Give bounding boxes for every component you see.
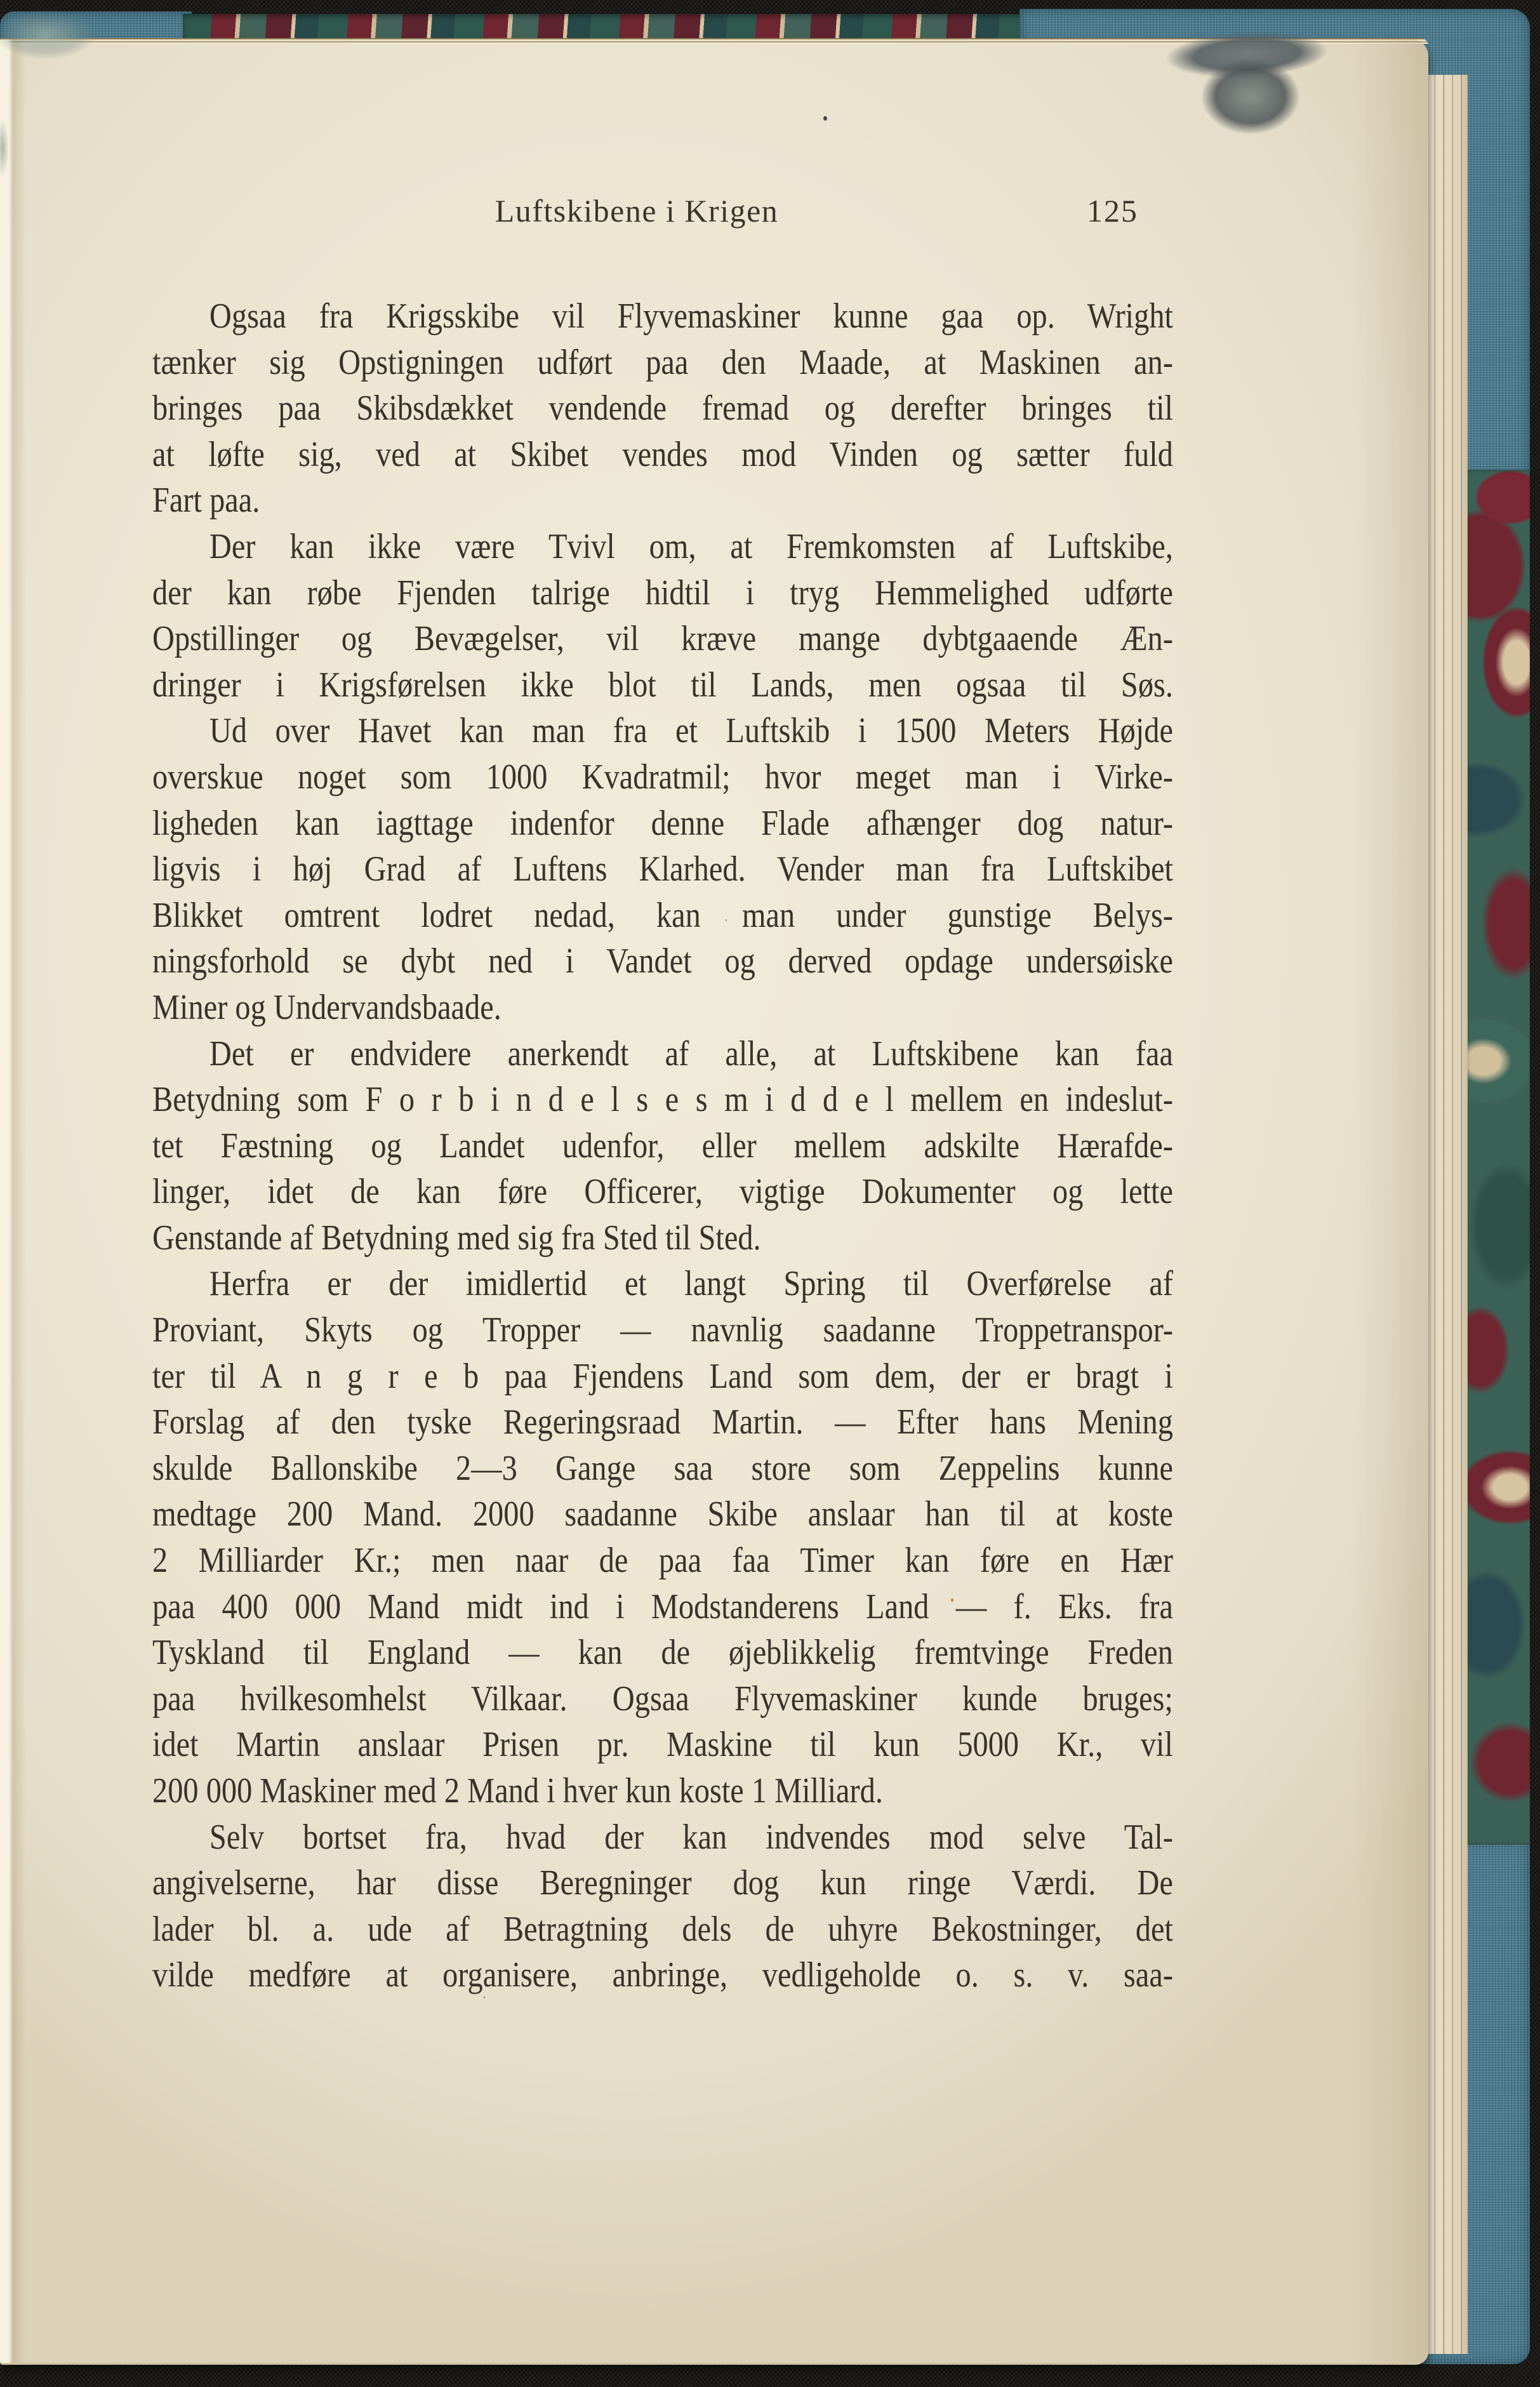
text-line: idet Martin anslaar Prisen pr. Maskine t… [152,1722,1173,1768]
text-line: Genstande af Betydning med sig fra Sted … [152,1215,1173,1261]
text-line: paa hvilkesomhelst Vilkaar. Ogsaa Flyvem… [152,1676,1173,1722]
text-line: Ud over Havet kan man fra et Luftskib i … [152,708,1173,754]
text-line: 200 000 Maskiner med 2 Mand i hver kun k… [152,1768,1173,1814]
paragraph: Selv bortset fra, hvad der kan indvendes… [152,1814,1173,1998]
text-line: Der kan ikke være Tvivl om, at Fremkomst… [152,524,1173,570]
paragraph: Ud over Havet kan man fra et Luftskib i … [152,708,1173,1030]
text-line: ligvis i høj Grad af Luftens Klarhed. Ve… [152,846,1173,893]
text-line: tet Fæstning og Landet udenfor, eller me… [152,1123,1173,1169]
page-header-title: Luftskibene i Krigen [495,194,779,227]
text-line: Tyskland til England — kan de øjeblikkel… [152,1630,1173,1676]
book-scan: Luftskibene i Krigen 125 Ogsaa fra Krigs… [0,0,1540,2387]
text-line: at løfte sig, ved at Skibet vendes mod V… [152,432,1173,478]
text-line: Miner og Undervandsbaade. [152,985,1173,1031]
text-line: ligheden kan iagttage indenfor denne Fla… [152,801,1173,847]
text-line: paa 400 000 Mand midt ind i Modstanderen… [152,1584,1173,1630]
text-line: Betydning som F o r b i n d e l s e s m … [152,1077,1173,1123]
text-line: skulde Ballonskibe 2—3 Gange saa store s… [152,1446,1173,1492]
text-line: der kan røbe Fjenden talrige hidtil i tr… [152,570,1173,616]
text-line: bringes paa Skibsdækket vendende fremad … [152,385,1173,432]
page-edges-stack [1426,75,1468,2354]
text-line: Ogsaa fra Krigsskibe vil Flyvemaskiner k… [152,293,1173,340]
text-line: angivelserne, har disse Beregninger dog … [152,1860,1173,1906]
text-line: Blikket omtrent lodret nedad, kan man un… [152,893,1173,939]
text-line: lader bl. a. ude af Betragtning dels de … [152,1906,1173,1953]
text-line: overskue noget som 1000 Kvadratmil; hvor… [152,754,1173,801]
paragraph: Ogsaa fra Krigsskibe vil Flyvemaskiner k… [152,293,1173,524]
body-text-block: Ogsaa fra Krigsskibe vil Flyvemaskiner k… [152,293,1173,1998]
text-line: linger, idet de kan føre Officerer, vigt… [152,1169,1173,1215]
text-line: medtage 200 Mand. 2000 saadanne Skibe an… [152,1491,1173,1538]
text-line: dringer i Krigsførelsen ikke blot til La… [152,662,1173,708]
text-line: Proviant, Skyts og Tropper — navnlig saa… [152,1307,1173,1353]
text-line: Herfra er der imidlertid et langt Spring… [152,1261,1173,1307]
paragraph: Herfra er der imidlertid et langt Spring… [152,1261,1173,1814]
text-line: Fart paa. [152,477,1173,524]
paragraph: Det er endvidere anerkendt af alle, at L… [152,1031,1173,1261]
text-line: Forslag af den tyske Regeringsraad Marti… [152,1399,1173,1446]
text-line: Det er endvidere anerkendt af alle, at L… [152,1031,1173,1077]
text-line: 2 Milliarder Kr.; men naar de paa faa Ti… [152,1538,1173,1584]
page-number: 125 [1087,194,1138,227]
text-line: ningsforhold se dybt ned i Vandet og der… [152,938,1173,985]
paper-speck [823,116,827,121]
text-line: Opstillinger og Bevægelser, vil kræve ma… [152,616,1173,662]
text-line: tænker sig Opstigningen udført paa den M… [152,340,1173,386]
paragraph: Der kan ikke være Tvivl om, at Fremkomst… [152,524,1173,708]
text-line: vilde medføre at organisere, anbringe, v… [152,1952,1173,1998]
marbled-endpaper-right [1464,470,1530,1845]
text-line: Selv bortset fra, hvad der kan indvendes… [152,1814,1173,1861]
text-line: ter til A n g r e b paa Fjendens Land so… [152,1353,1173,1400]
